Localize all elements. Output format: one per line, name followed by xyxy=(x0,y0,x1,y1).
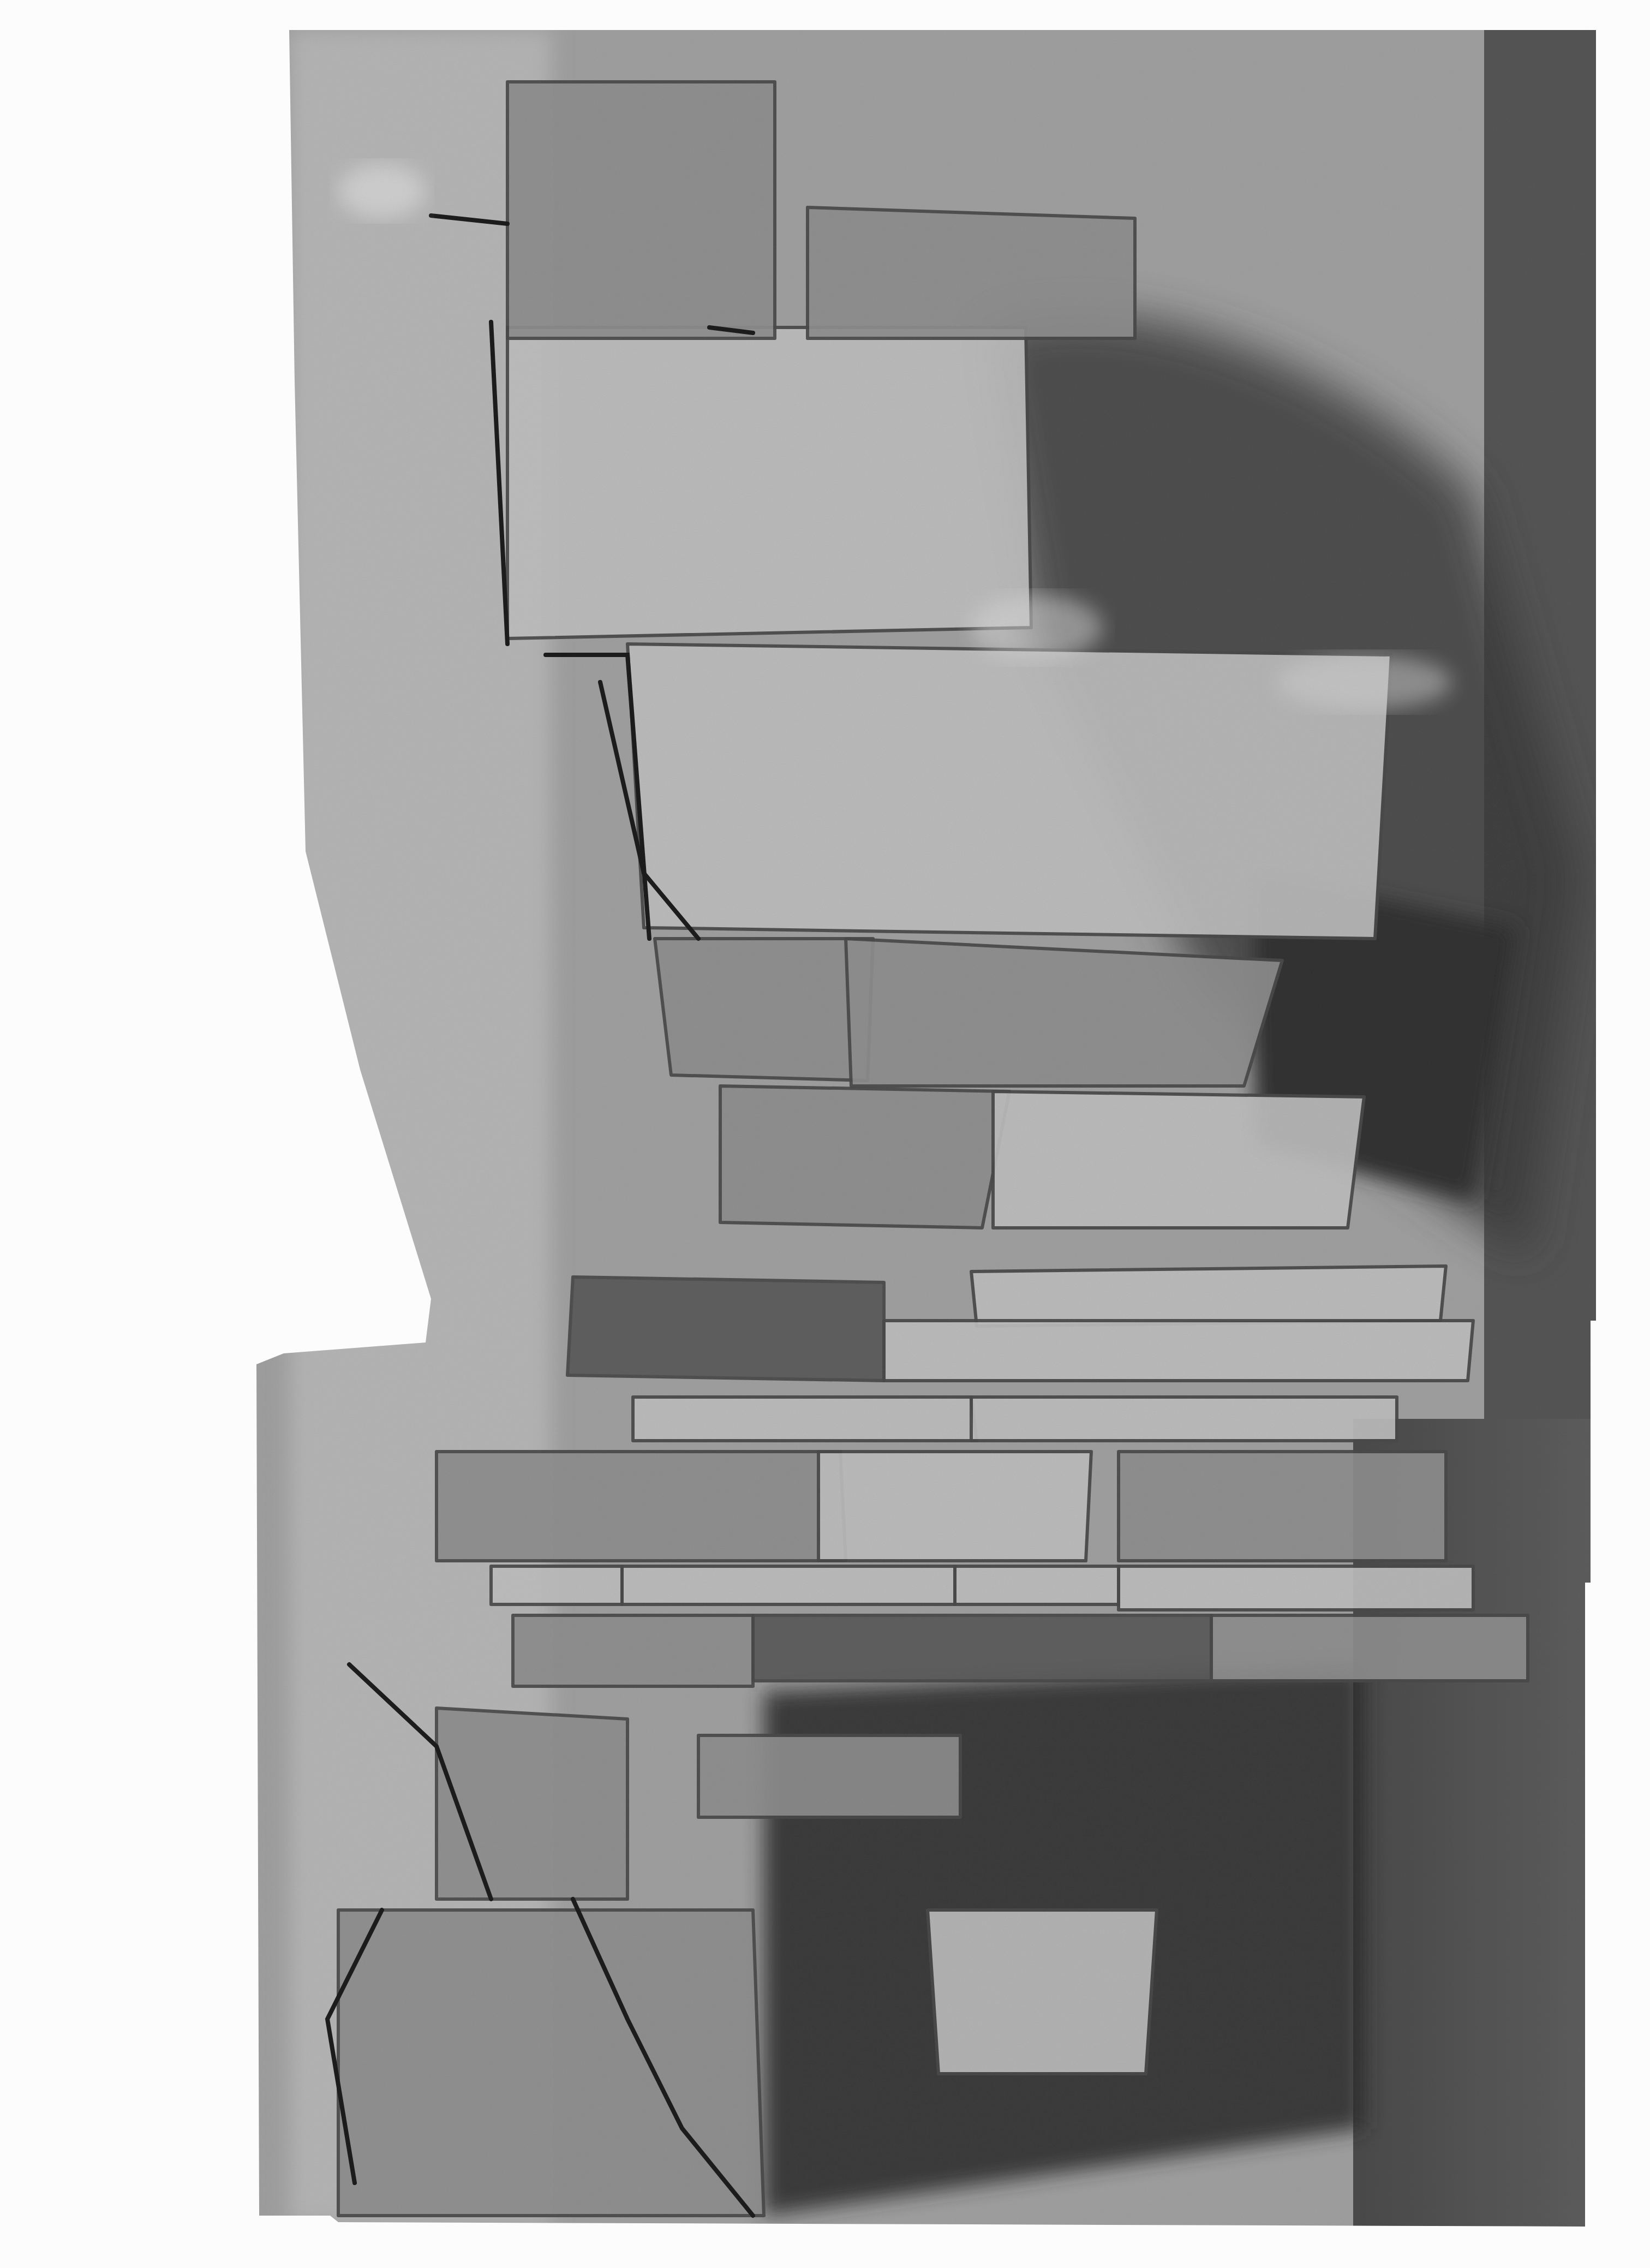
photo-content xyxy=(218,0,1637,2268)
scanned-page xyxy=(0,0,1650,2268)
stone-wall-photograph xyxy=(0,0,1650,2268)
